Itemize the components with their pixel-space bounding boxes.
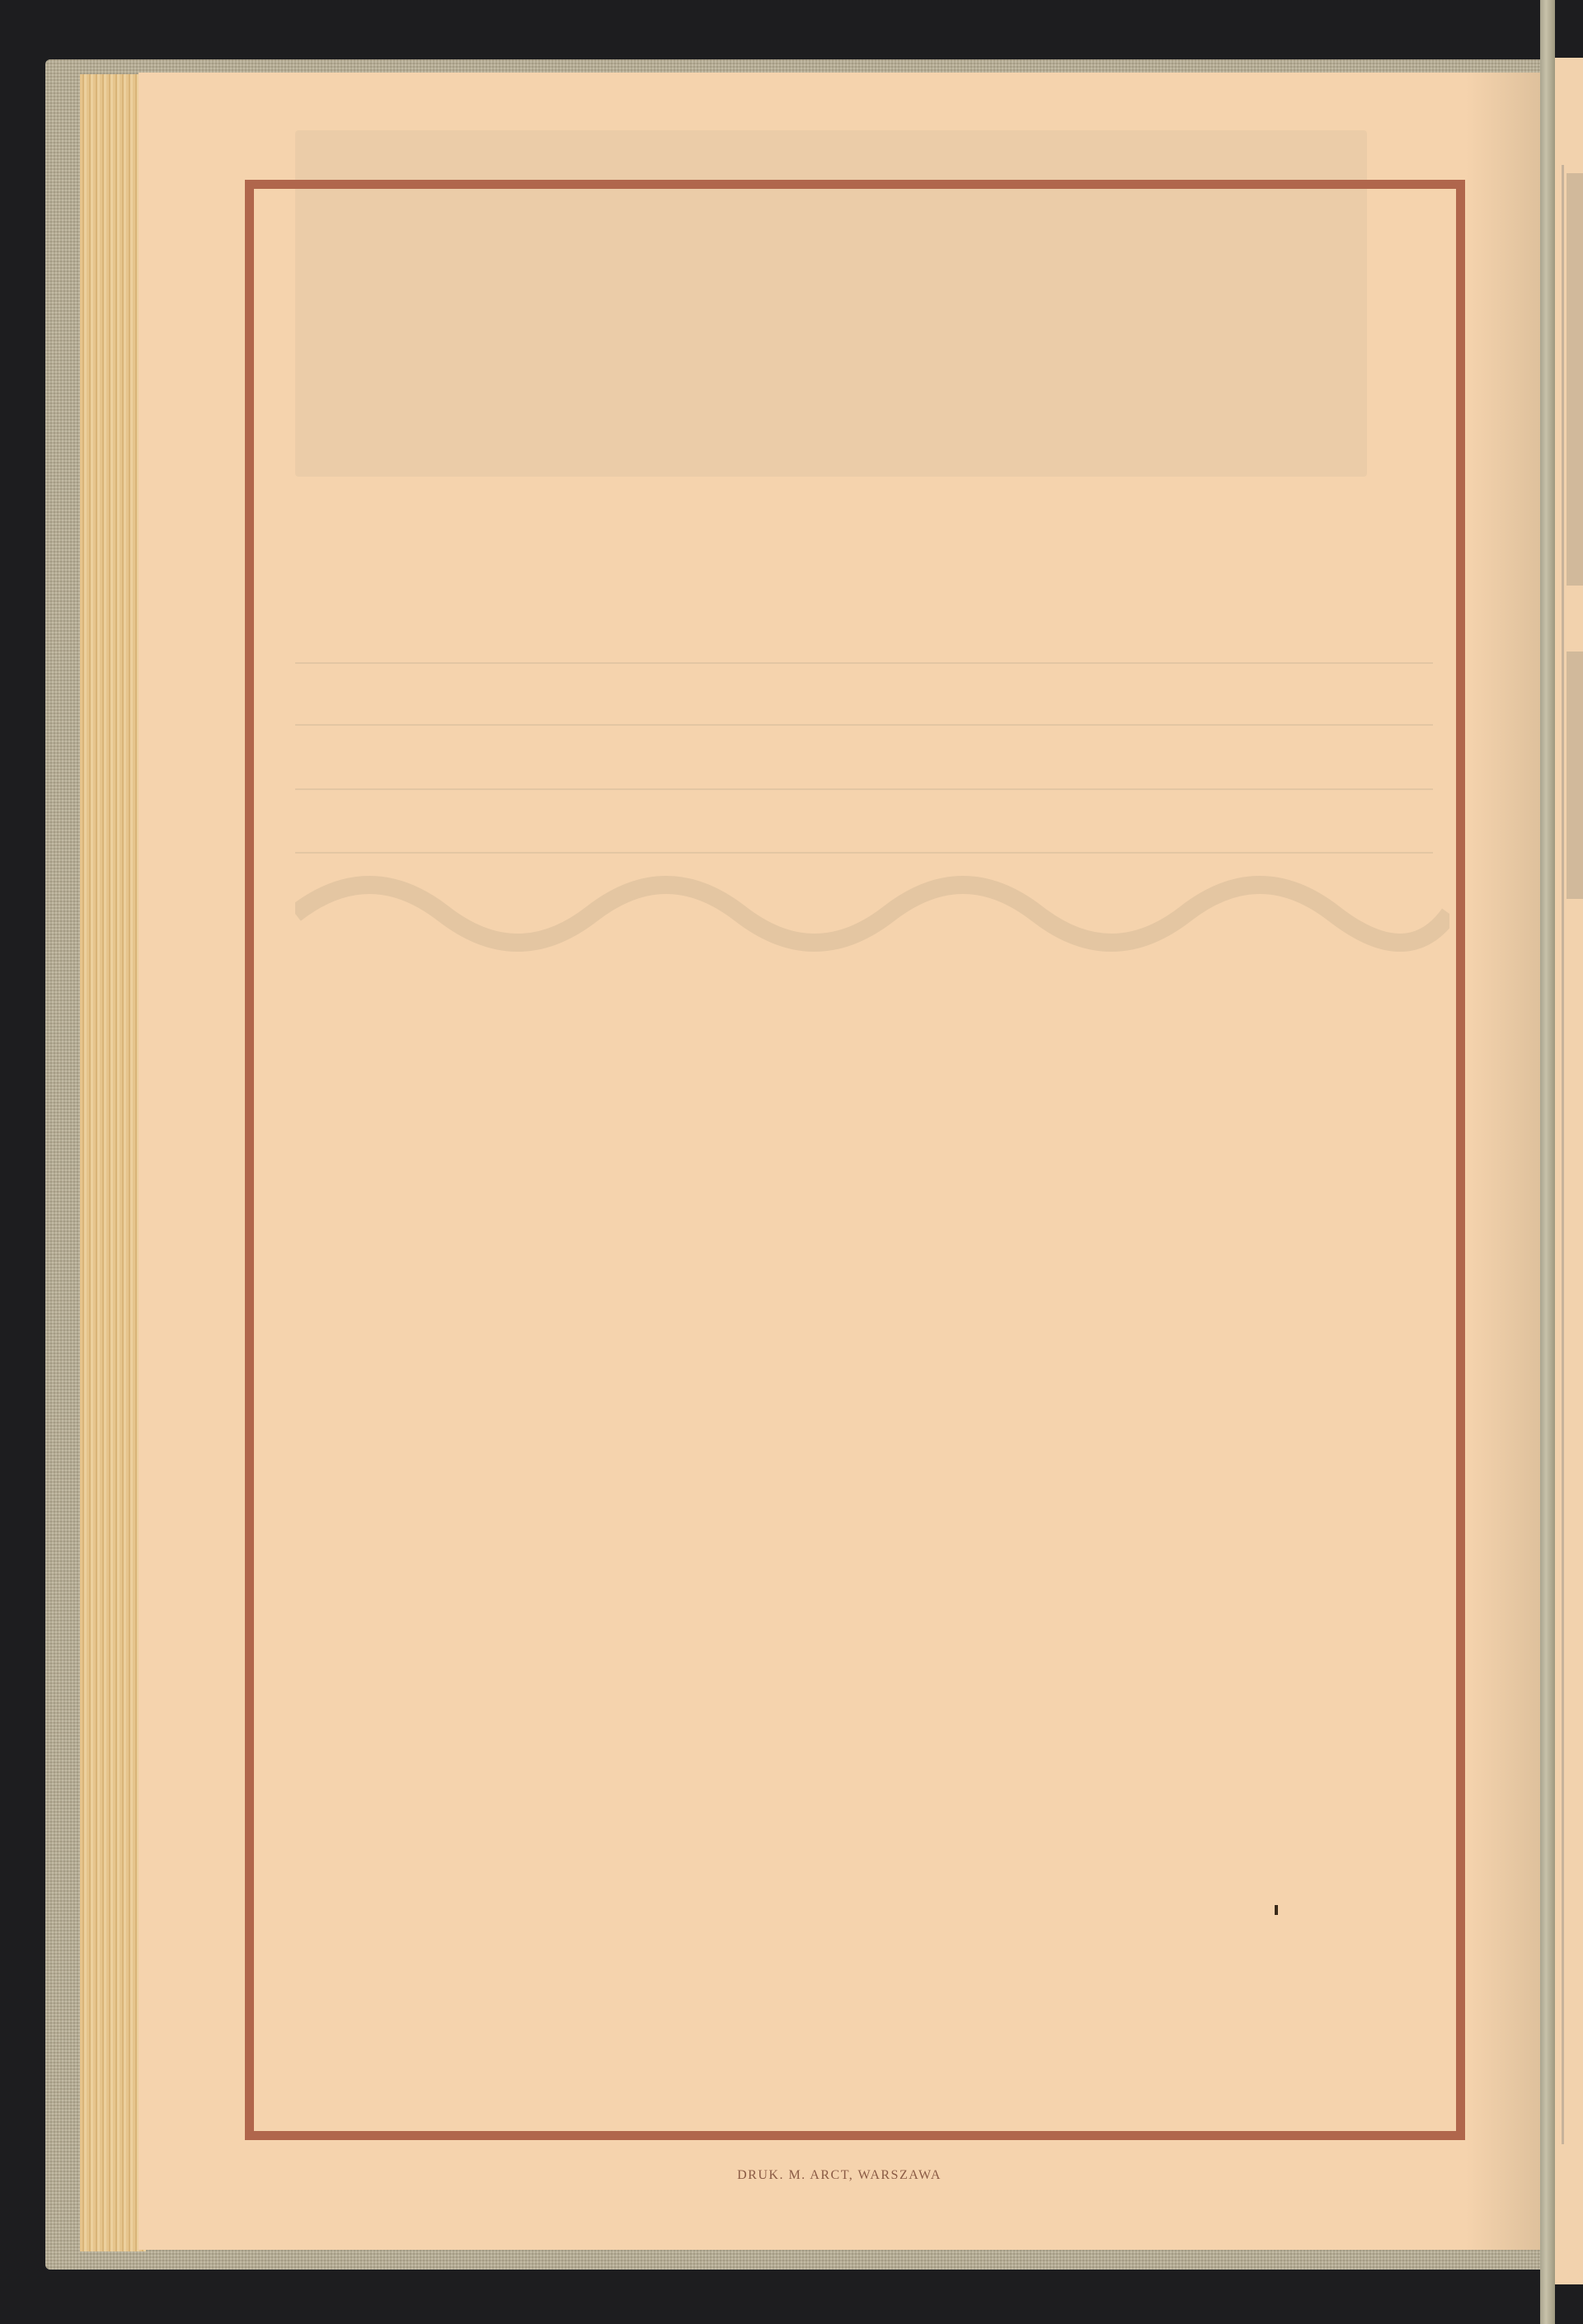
gutter-shadow	[1466, 73, 1540, 2250]
decorative-frame-border	[245, 180, 1465, 2140]
facing-page-frame	[1562, 165, 1564, 2144]
printer-imprint: DRUK. M. ARCT, WARSZAWA	[139, 2168, 1540, 2183]
facing-page-edge	[1555, 58, 1583, 2284]
facing-page-ornament	[1567, 652, 1583, 899]
binding-gutter	[1540, 0, 1555, 2324]
paper-speck	[1275, 1905, 1278, 1915]
facing-page-ornament	[1567, 173, 1583, 586]
book-page: DRUK. M. ARCT, WARSZAWA 1	[139, 73, 1540, 2250]
page-edges	[80, 74, 146, 2251]
